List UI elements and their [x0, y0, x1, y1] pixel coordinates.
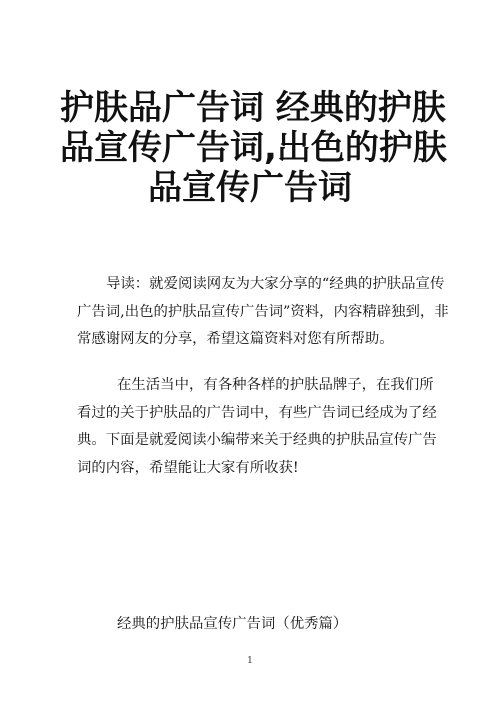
- paragraph-line: 在生活当中，有各种各样的护肤品牌子，在我们所: [77, 372, 423, 400]
- paragraph-line: 词的内容，希望能让大家有所收获!: [77, 455, 423, 483]
- body-paragraph: 在生活当中，有各种各样的护肤品牌子，在我们所 看过的关于护肤品的广告词中，有些广…: [77, 372, 423, 482]
- section-heading: 经典的护肤品宣传广告词（优秀篇）: [117, 614, 347, 634]
- paragraph-line: 常感谢网友的分享，希望这篇资料对您有所帮助。: [77, 326, 423, 354]
- intro-paragraph: 导读：就爱阅读网友为大家分享的“经典的护肤品宣传 广告词,出色的护肤品宣传广告词…: [77, 271, 423, 354]
- page-number: 1: [0, 655, 500, 667]
- document-page: 护肤品广告词 经典的护肤 品宣传广告词,出色的护肤 品宣传广告词 导读：就爱阅读…: [0, 0, 500, 707]
- title-line: 品宣传广告词: [60, 168, 440, 208]
- paragraph-line: 看过的关于护肤品的广告词中，有些广告词已经成为了经: [77, 400, 423, 428]
- document-title: 护肤品广告词 经典的护肤 品宣传广告词,出色的护肤 品宣传广告词: [60, 88, 440, 208]
- paragraph-line: 典。下面是就爱阅读小编带来关于经典的护肤品宣传广告: [77, 427, 423, 455]
- paragraph-line: 广告词,出色的护肤品宣传广告词”资料，内容精辟独到，非: [77, 299, 423, 327]
- title-line: 护肤品广告词 经典的护肤: [60, 88, 440, 128]
- paragraph-line: 导读：就爱阅读网友为大家分享的“经典的护肤品宣传: [77, 271, 423, 299]
- title-line: 品宣传广告词,出色的护肤: [60, 128, 440, 168]
